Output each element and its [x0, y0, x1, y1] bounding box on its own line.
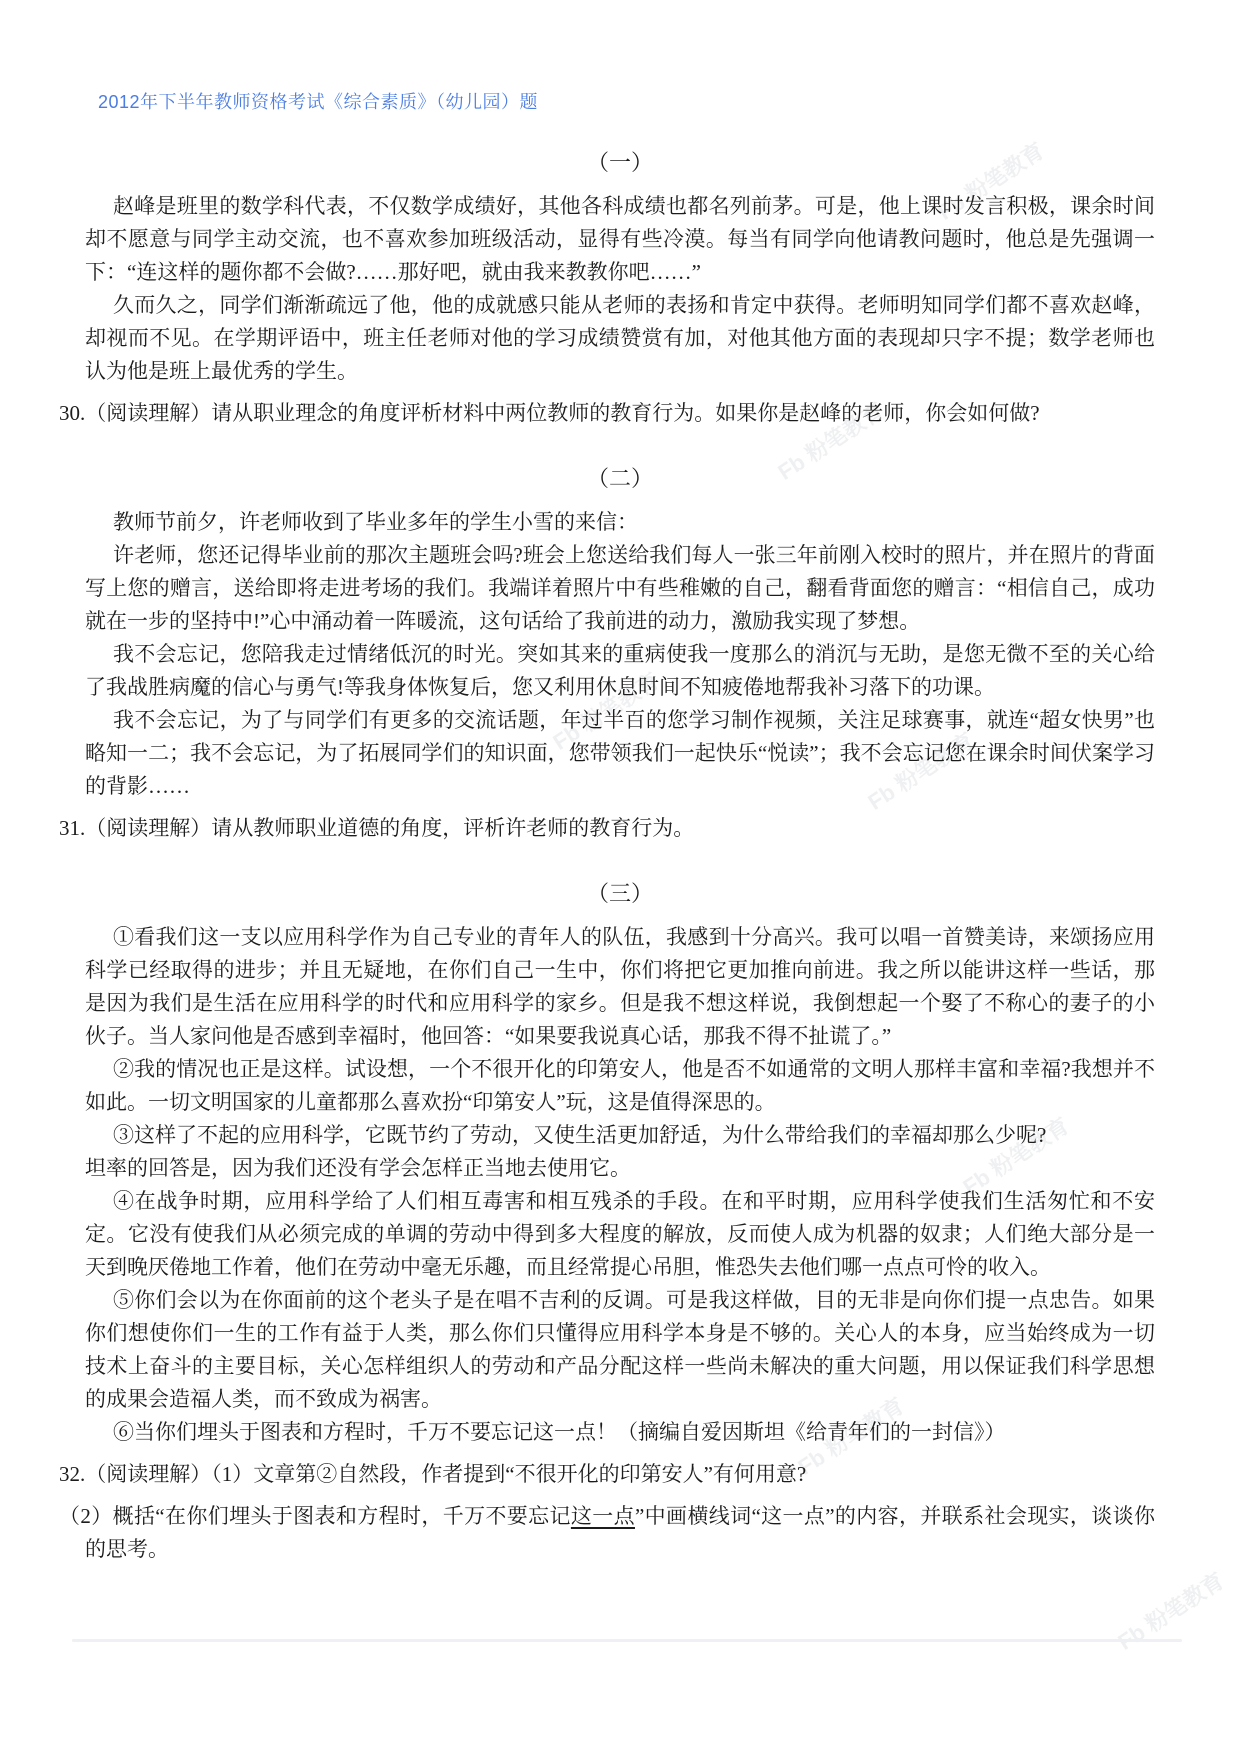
page-bottom-divider	[72, 1639, 1182, 1642]
question-32-part-2-text: （2）概括“在你们埋头于图表和方程时，千万不要忘记	[59, 1504, 571, 1528]
question-32-part-1: 32.（阅读理解）（1）文章第②自然段，作者提到“不很开化的印第安人”有何用意?	[85, 1458, 1155, 1491]
section-1-heading: （一）	[85, 148, 1155, 178]
section-2-heading: （二）	[85, 464, 1155, 494]
section-3-paragraph: ⑥当你们埋头于图表和方程时，千万不要忘记这一点！（摘编自爱因斯坦《给青年们的一封…	[85, 1416, 1155, 1449]
question-32-part-2: （2）概括“在你们埋头于图表和方程时，千万不要忘记这一点”中画横线词“这一点”的…	[85, 1500, 1155, 1566]
section-2-paragraph: 我不会忘记，您陪我走过情绪低沉的时光。突如其来的重病使我一度那么的消沉与无助，是…	[85, 638, 1155, 704]
section-1-paragraph: 久而久之，同学们渐渐疏远了他，他的成就感只能从老师的表扬和肯定中获得。老师明知同…	[85, 289, 1155, 388]
section-3-paragraph: ②我的情况也正是这样。试设想，一个不很开化的印第安人，他是否不如通常的文明人那样…	[85, 1053, 1155, 1119]
document-title: 2012年下半年教师资格考试《综合素质》（幼儿园）题	[98, 88, 1155, 114]
document-content: 2012年下半年教师资格考试《综合素质》（幼儿园）题 （一） 赵峰是班里的数学科…	[0, 0, 1240, 1566]
section-3-paragraph: ③这样了不起的应用科学，它既节约了劳动，又使生活更加舒适，为什么带给我们的幸福却…	[85, 1119, 1155, 1152]
question-31: 31.（阅读理解）请从教师职业道德的角度，评析许老师的教育行为。	[85, 812, 1155, 845]
section-2-paragraph: 许老师，您还记得毕业前的那次主题班会吗?班会上您送给我们每人一张三年前刚入校时的…	[85, 539, 1155, 638]
section-3-heading: （三）	[85, 879, 1155, 909]
question-30: 30.（阅读理解）请从职业理念的角度评析材料中两位教师的教育行为。如果你是赵峰的…	[85, 397, 1155, 430]
exam-document-page: Fb 粉笔教育 Fb 粉笔教育 Fb 粉笔教育 Fb 粉笔教育 Fb 粉笔教育 …	[0, 0, 1240, 1754]
question-32-underlined-term: 这一点	[571, 1504, 635, 1528]
brand-watermark: Fb 粉笔教育	[1111, 1565, 1229, 1657]
section-3-paragraph: ⑤你们会以为在你面前的这个老头子是在唱不吉利的反调。可是我这样做，目的无非是向你…	[85, 1284, 1155, 1416]
section-2-paragraph: 教师节前夕，许老师收到了毕业多年的学生小雪的来信：	[85, 506, 1155, 539]
section-1-paragraph: 赵峰是班里的数学科代表，不仅数学成绩好，其他各科成绩也都名列前茅。可是，他上课时…	[85, 190, 1155, 289]
section-2-paragraph: 我不会忘记，为了与同学们有更多的交流话题，年过半百的您学习制作视频，关注足球赛事…	[85, 704, 1155, 803]
section-3-paragraph: ④在战争时期，应用科学给了人们相互毒害和相互残杀的手段。在和平时期，应用科学使我…	[85, 1185, 1155, 1284]
section-3-paragraph: 坦率的回答是，因为我们还没有学会怎样正当地去使用它。	[85, 1152, 1155, 1185]
section-3-paragraph: ①看我们这一支以应用科学作为自己专业的青年人的队伍，我感到十分高兴。我可以唱一首…	[85, 921, 1155, 1053]
